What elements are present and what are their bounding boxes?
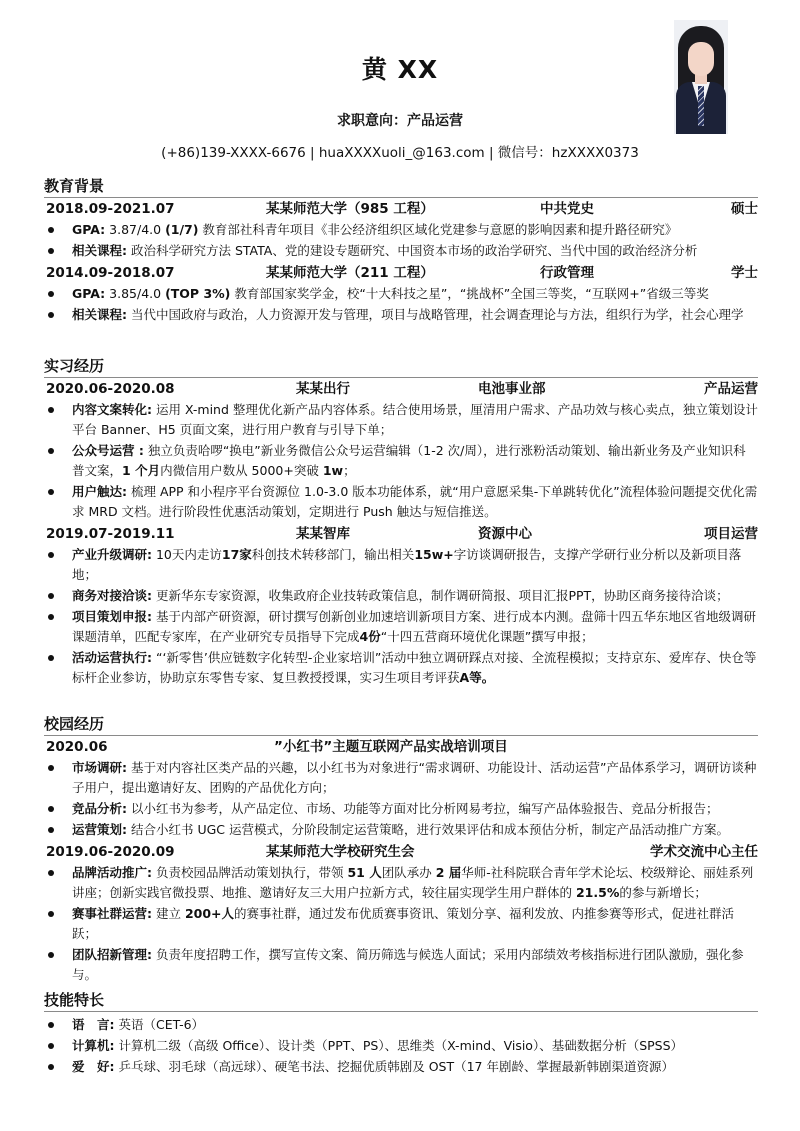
entry-date: 2018.09-2021.07 [46,198,175,220]
list-item: 品牌活动推广: 负责校园品牌活动策划执行，带领 51 人团队承办 2 届华师-社… [44,863,758,903]
internship-entry-header: 2019.07-2019.11 某某智库 资源中心 项目运营 [44,523,758,545]
list-item: 赛事社群运营: 建立 200+人的赛事社群，通过发布优质赛事资讯、策划分享、福利… [44,904,758,944]
candidate-name: 黄 XX [0,50,800,86]
list-item: 语 言: 英语（CET-6） [44,1015,758,1035]
section-title: 教育背景 [44,176,758,198]
list-item: 计算机: 计算机二级（高级 Office）、设计类（PPT、PS）、思维类（X-… [44,1036,758,1056]
campus-entry-header: 2020.06 ”小红书”主题互联网产品实战培训项目 [44,736,758,758]
entry-date: 2019.06-2020.09 [46,841,175,863]
entry-date: 2014.09-2018.07 [46,262,175,284]
entry-school: 某某师范大学（985 工程） [266,198,434,220]
section-title: 技能特长 [44,990,758,1012]
job-intent: 求职意向：产品运营 [0,110,800,130]
campus-entry-header: 2019.06-2020.09 某某师范大学校研究生会 学术交流中心主任 [44,841,758,863]
entry-org: 某某师范大学校研究生会 [266,841,415,863]
internship-section: 实习经历 2020.06-2020.08 某某出行 电池事业部 产品运营 内容文… [44,356,758,689]
section-title: 实习经历 [44,356,758,378]
entry-project: ”小红书”主题互联网产品实战培训项目 [274,736,508,758]
entry-major: 中共党史 [540,198,594,220]
list-item: 团队招新管理: 负责年度招聘工作，撰写宣传文案、简历筛选与候选人面试；采用内部绩… [44,945,758,985]
list-item: 竞品分析: 以小红书为参考，从产品定位、市场、功能等方面对比分析网易考拉，编写产… [44,799,758,819]
education-entry-header: 2018.09-2021.07 某某师范大学（985 工程） 中共党史 硕士 [44,198,758,220]
education-entry-header: 2014.09-2018.07 某某师范大学（211 工程） 行政管理 学士 [44,262,758,284]
list-item: GPA: 3.85/4.0 (TOP 3%) 教育部国家奖学金，校“十大科技之星… [44,284,758,304]
internship-entry-header: 2020.06-2020.08 某某出行 电池事业部 产品运营 [44,378,758,400]
entry-org: 某某智库 [296,523,350,545]
list-item: 用户触达: 梳理 APP 和小程序平台资源位 1.0-3.0 版本功能体系，就“… [44,482,758,522]
contact-info: (+86)139-XXXX-6676 | huaXXXXuoli_@163.co… [0,141,800,161]
list-item: 项目策划申报: 基于内部产研资源，研讨撰写创新创业加速培训新项目方案、进行成本内… [44,607,758,647]
list-item: GPA: 3.87/4.0 (1/7) 教育部社科青年项目《非公经济组织区域化党… [44,220,758,240]
entry-dept: 电池事业部 [478,378,546,400]
entry-major: 行政管理 [540,262,594,284]
list-item: 相关课程: 当代中国政府与政治，人力资源开发与管理，项目与战略管理，社会调查理论… [44,305,758,325]
campus-section: 校园经历 2020.06 ”小红书”主题互联网产品实战培训项目 市场调研: 基于… [44,714,758,986]
entry-date: 2020.06-2020.08 [46,378,175,400]
list-item: 活动运营执行: “‘新零售’供应链数字化转型-企业家培训”活动中独立调研踩点对接… [44,648,758,688]
list-item: 商务对接洽谈: 更新华东专家资源，收集政府企业技转政策信息，制作调研简报、项目汇… [44,586,758,606]
list-item: 相关课程: 政治科学研究方法 STATA、党的建设专题研究、中国资本市场的政治学… [44,241,758,261]
entry-org: 某某出行 [296,378,350,400]
entry-degree: 硕士 [731,198,758,220]
entry-dept: 资源中心 [478,523,532,545]
list-item: 内容文案转化: 运用 X-mind 整理优化新产品内容体系。结合使用场景，厘清用… [44,400,758,440]
entry-role: 学术交流中心主任 [650,841,758,863]
list-item: 运营策划: 结合小红书 UGC 运营模式，分阶段制定运营策略，进行效果评估和成本… [44,820,758,840]
education-section: 教育背景 2018.09-2021.07 某某师范大学（985 工程） 中共党史… [44,176,758,326]
list-item: 产业升级调研: 10天内走访17家科创技术转移部门，输出相关15w+字访谈调研报… [44,545,758,585]
entry-role: 产品运营 [704,378,758,400]
list-item: 市场调研: 基于对内容社区类产品的兴趣，以小红书为对象进行“需求调研、功能设计、… [44,758,758,798]
list-item: 爱 好: 乒乓球、羽毛球（高远球）、硬笔书法、挖掘优质韩剧及 OST（17 年剧… [44,1057,758,1077]
entry-date: 2019.07-2019.11 [46,523,175,545]
entry-degree: 学士 [731,262,758,284]
entry-school: 某某师范大学（211 工程） [266,262,434,284]
skills-section: 技能特长 语 言: 英语（CET-6） 计算机: 计算机二级（高级 Office… [44,990,758,1078]
entry-date: 2020.06 [46,736,108,758]
entry-role: 项目运营 [704,523,758,545]
list-item: 公众号运营 : 独立负责哈啰“换电”新业务微信公众号运营编辑（1-2 次/周），… [44,441,758,481]
section-title: 校园经历 [44,714,758,736]
